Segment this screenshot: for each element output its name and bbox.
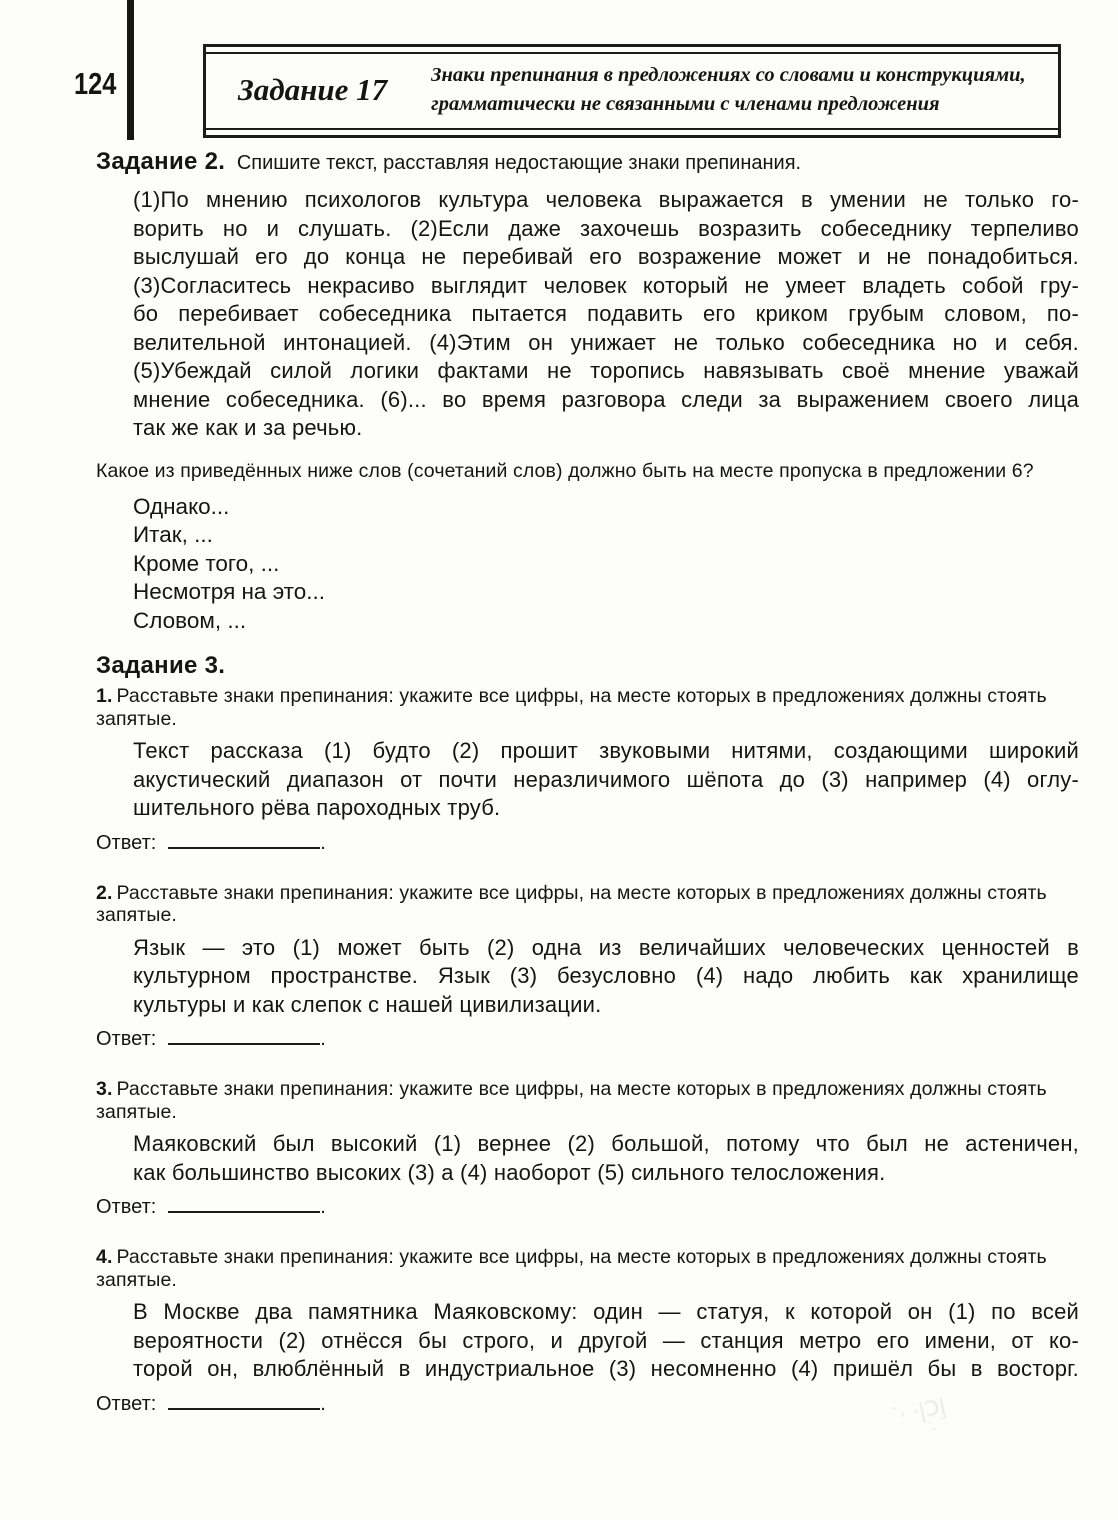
option-item: Итак, ... [133, 521, 1084, 550]
answer-blank-line [168, 1026, 320, 1045]
task3-item-2: 2.Расставьте знаки препинания: укажите в… [96, 882, 1084, 1052]
passage-line: как большинство высоких (3) а (4) наобор… [133, 1159, 1079, 1188]
answer-period: . [320, 832, 326, 854]
answer-row: Ответ:. [96, 1194, 1084, 1219]
option-item: Несмотря на это... [133, 578, 1084, 607]
item-instruction: 2.Расставьте знаки препинания: укажите в… [96, 882, 1084, 927]
passage-line: культурном пространстве. Язык (3) безусл… [133, 962, 1079, 991]
item-instruction-text: Расставьте знаки препинания: укажите все… [96, 1246, 1047, 1291]
task3-item-1: 1.Расставьте знаки препинания: укажите в… [96, 685, 1084, 855]
passage-line: так же как и за речью. [133, 414, 1079, 443]
chapter-header-box: Задание 17 Знаки препинания в предложени… [203, 44, 1061, 138]
passage-line: (3)Согласитесь некрасиво выглядит челове… [133, 272, 1079, 301]
task3-item-3: 3.Расставьте знаки препинания: укажите в… [96, 1078, 1084, 1219]
task2-instruction: Спишите текст, расставляя недостающие зн… [237, 152, 801, 174]
passage-line: (1)По мнению психологов культура человек… [133, 186, 1079, 215]
passage-line: культуры и как слепок с нашей цивилизаци… [133, 991, 1079, 1020]
answer-label: Ответ: [96, 1196, 156, 1218]
passage-line: торой он, влюблённый в индустриальное (3… [133, 1355, 1079, 1384]
passage-line: выслушай его до конца не перебивай его в… [133, 243, 1079, 272]
item-number: 1. [96, 685, 112, 707]
task2-label: Задание 2. [96, 148, 225, 175]
item-passage: Текст рассказа (1) будто (2) прошит звук… [133, 737, 1079, 823]
task2-question: Какое из приведённых ниже слов (сочетани… [96, 460, 1084, 483]
option-item: Словом, ... [133, 607, 1084, 636]
item-instruction-text: Расставьте знаки препинания: укажите все… [96, 882, 1047, 927]
item-passage: Язык — это (1) может быть (2) одна из ве… [133, 934, 1079, 1020]
passage-line: бо перебивает собеседника пытается подав… [133, 300, 1079, 329]
chapter-topic-line-2: грамматически не связанными с членами пр… [431, 90, 1026, 119]
answer-blank-line [168, 1194, 320, 1213]
answer-blank-line [168, 1391, 320, 1410]
task2-heading: Задание 2. Спишите текст, расставляя нед… [96, 148, 1084, 176]
item-instruction: 3.Расставьте знаки препинания: укажите в… [96, 1078, 1084, 1123]
passage-line: В Москве два памятника Маяковскому: один… [133, 1298, 1079, 1327]
chapter-topic-line-1: Знаки препинания в предложениях со слова… [431, 61, 1026, 90]
task2-passage: (1)По мнению психологов культура человек… [133, 186, 1079, 443]
answer-period: . [320, 1028, 326, 1050]
spine-divider-bar [127, 0, 134, 140]
passage-line: велительной интонацией. (4)Этим он унижа… [133, 329, 1079, 358]
item-passage: Маяковский был высокий (1) вернее (2) бо… [133, 1130, 1079, 1187]
textbook-page: 124 Задание 17 Знаки препинания в предло… [0, 0, 1118, 1520]
task2-options: Однако... Итак, ... Кроме того, ... Несм… [133, 493, 1084, 636]
task3-item-4: 4.Расставьте знаки препинания: укажите в… [96, 1246, 1084, 1416]
passage-line: (5)Убеждай силой логики фактами не тороп… [133, 357, 1079, 386]
answer-label: Ответ: [96, 1028, 156, 1050]
option-item: Однако... [133, 493, 1084, 522]
item-instruction-text: Расставьте знаки препинания: укажите все… [96, 1078, 1047, 1123]
task3-heading: Задание 3. [96, 652, 1084, 680]
item-number: 2. [96, 882, 112, 904]
answer-label: Ответ: [96, 1393, 156, 1415]
item-instruction-text: Расставьте знаки препинания: укажите все… [96, 685, 1047, 730]
item-instruction: 1.Расставьте знаки препинания: укажите в… [96, 685, 1084, 730]
chapter-topic: Знаки препинания в предложениях со слова… [431, 61, 1026, 119]
passage-line: вероятности (2) отнёсся бы строго, и дру… [133, 1327, 1079, 1356]
chapter-task-label: Задание 17 [224, 72, 387, 108]
passage-line: мнение собеседника. (6)... во время разг… [133, 386, 1079, 415]
answer-label: Ответ: [96, 832, 156, 854]
chapter-header-inner: Задание 17 Знаки препинания в предложени… [206, 52, 1058, 130]
item-passage: В Москве два памятника Маяковскому: один… [133, 1298, 1079, 1384]
answer-row: Ответ:. [96, 1026, 1084, 1051]
passage-line: ворить но и слушать. (2)Если даже захоче… [133, 215, 1079, 244]
page-content: Задание 2. Спишите текст, расставляя нед… [96, 148, 1084, 1416]
passage-line: Текст рассказа (1) будто (2) прошит звук… [133, 737, 1079, 766]
answer-period: . [320, 1196, 326, 1218]
passage-line: Маяковский был высокий (1) вернее (2) бо… [133, 1130, 1079, 1159]
option-item: Кроме того, ... [133, 550, 1084, 579]
page-number: 124 [74, 66, 116, 102]
answer-row: Ответ:. [96, 830, 1084, 855]
answer-period: . [320, 1393, 326, 1415]
item-number: 4. [96, 1246, 112, 1268]
passage-line: акустический диапазон от почти неразличи… [133, 766, 1079, 795]
answer-blank-line [168, 830, 320, 849]
passage-line: шительного рёва пароходных труб. [133, 794, 1079, 823]
item-instruction: 4.Расставьте знаки препинания: укажите в… [96, 1246, 1084, 1291]
task3-label: Задание 3. [96, 652, 225, 679]
passage-line: Язык — это (1) может быть (2) одна из ве… [133, 934, 1079, 963]
item-number: 3. [96, 1078, 112, 1100]
answer-row: Ответ:. [96, 1391, 1084, 1416]
